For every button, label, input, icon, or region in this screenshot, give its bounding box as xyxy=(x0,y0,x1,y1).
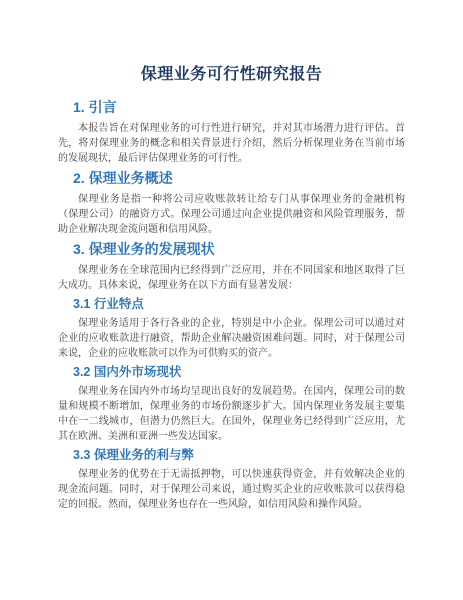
paragraph-domestic-foreign-market: 保理业务在国内外市场均呈现出良好的发展趋势。在国内，保理公司的数量和规模不断增加… xyxy=(58,384,405,444)
paragraph-pros-and-cons: 保理业务的优势在于无需抵押物，可以快速获得资金，并有效解决企业的现金流问题。同时… xyxy=(58,467,405,512)
document-body: 1. 引言本报告旨在对保理业务的可行性进行研究，并对其市场潜力进行评估。首先，将… xyxy=(58,98,405,512)
section-heading-overview: 2. 保理业务概述 xyxy=(58,169,405,188)
paragraph-introduction: 本报告旨在对保理业务的可行性进行研究，并对其市场潜力进行评估。首先，将对保理业务… xyxy=(58,121,405,166)
section-heading-development-status: 3. 保理业务的发展现状 xyxy=(58,240,405,259)
section-heading-introduction: 1. 引言 xyxy=(58,98,405,117)
section-heading-pros-and-cons: 3.3 保理业务的利与弊 xyxy=(58,447,405,463)
paragraph-development-status: 保理业务在全球范围内已经得到广泛应用，并在不同国家和地区取得了巨大成功。具体来说… xyxy=(58,263,405,293)
section-heading-domestic-foreign-market: 3.2 国内外市场现状 xyxy=(58,364,405,380)
document-title: 保理业务可行性研究报告 xyxy=(58,64,405,86)
document-page: 保理业务可行性研究报告 1. 引言本报告旨在对保理业务的可行性进行研究，并对其市… xyxy=(0,0,463,600)
paragraph-overview: 保理业务是指一种将公司应收账款转让给专门从事保理业务的金融机构（保理公司）的融资… xyxy=(58,192,405,237)
paragraph-industry-characteristics: 保理业务适用于各行各业的企业，特别是中小企业。保理公司可以通过对企业的应收账款进… xyxy=(58,316,405,361)
section-heading-industry-characteristics: 3.1 行业特点 xyxy=(58,296,405,312)
